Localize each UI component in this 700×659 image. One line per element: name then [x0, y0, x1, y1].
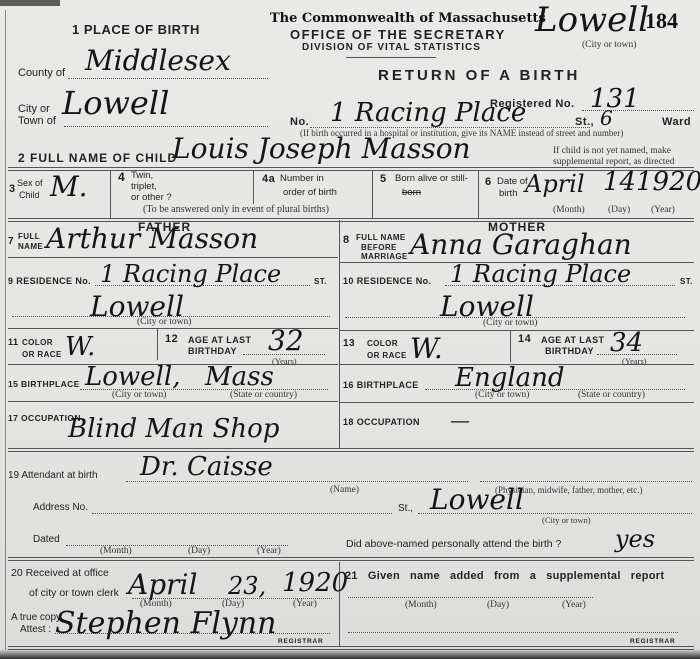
received-year-value: 1920 — [282, 568, 348, 598]
father-age-value: 32 — [268, 324, 304, 357]
birth-certificate: 1 PLACE OF BIRTH The Commonwealth of Mas… — [0, 0, 700, 659]
father-residence-label: 9 RESIDENCE No. — [8, 276, 91, 286]
parents-column-divider — [339, 220, 340, 448]
divider — [110, 170, 111, 218]
born-alive-label: Born alive or still- — [395, 173, 468, 184]
father-birthplace-label: 15 BIRTHPLACE — [8, 379, 80, 389]
received-year-caption: (Year) — [293, 599, 317, 609]
sex-num: 3 — [9, 183, 16, 195]
received-label-2: of city or town clerk — [29, 587, 119, 599]
place-of-birth-heading: 1 PLACE OF BIRTH — [72, 22, 200, 37]
registered-value: 131 — [590, 84, 640, 114]
dated-month-caption: (Month) — [100, 546, 132, 556]
mother-color-value: W. — [410, 332, 443, 365]
mother-age-label-1: AGE AT LAST — [541, 335, 604, 345]
city-label-2: Town of — [18, 115, 56, 127]
mother-name-value: Anna Garaghan — [410, 228, 632, 261]
city-label-1: City or — [18, 103, 50, 115]
father-occupation-value: Blind Man Shop — [68, 414, 279, 444]
county-line — [68, 78, 268, 79]
city-value: Lowell — [62, 84, 169, 122]
month-caption: (Month) — [553, 205, 585, 215]
attend-value: yes — [615, 525, 655, 553]
father-birthplace-state-value: Mass — [205, 362, 274, 392]
received-label-1: 20 Received at office — [11, 567, 109, 579]
header-city-value: Lowell — [535, 0, 649, 40]
form-title: RETURN OF A BIRTH — [378, 67, 580, 84]
row-divider — [8, 257, 338, 258]
dob-year-value: 1920 — [636, 167, 700, 197]
attend-question: Did above-named personally attend the bi… — [346, 538, 561, 550]
born-alive-num: 5 — [380, 173, 387, 185]
supplemental-day-caption: (Day) — [487, 600, 509, 610]
county-value: Middlesex — [85, 44, 231, 77]
father-age-label-2: BIRTHDAY — [188, 346, 237, 356]
mother-bp-city-caption: (City or town) — [475, 390, 529, 400]
dob-label-1: Date of — [497, 176, 528, 187]
mother-birthplace-label: 16 BIRTHPLACE — [343, 380, 419, 390]
attendant-address-line — [92, 513, 392, 514]
supplemental-registrar-line — [348, 632, 678, 633]
attendant-type-line — [480, 481, 692, 482]
commonwealth-title: The Commonwealth of Massachusetts — [270, 11, 546, 26]
mother-age-label-2: BIRTHDAY — [545, 346, 594, 356]
mother-residence-label: 10 RESIDENCE No. — [343, 276, 431, 286]
attendant-label: 19 Attendant at birth — [8, 470, 98, 481]
mother-age-value: 34 — [610, 328, 643, 358]
year-caption: (Year) — [651, 205, 675, 215]
mother-name-label-3: MARRIAGE — [361, 252, 408, 261]
father-bp-city-caption: (City or town) — [112, 390, 166, 400]
attendant-city-value: Lowell — [430, 483, 524, 516]
mother-city-caption: (City or town) — [483, 318, 537, 328]
father-color-label-1: COLOR — [22, 338, 53, 347]
dob-month-value: April — [525, 170, 585, 198]
father-name-label-1: FULL — [18, 232, 40, 241]
father-age-label-1: AGE AT LAST — [188, 335, 251, 345]
received-month-value: April — [128, 568, 197, 601]
county-label: County of — [18, 67, 65, 79]
mother-name-label-1: FULL NAME — [356, 233, 406, 242]
plural-note: (To be answered only in event of plural … — [143, 204, 329, 215]
city-line — [64, 126, 268, 127]
mother-birthplace-value: England — [455, 363, 565, 393]
child-name-value: Louis Joseph Masson — [172, 132, 471, 165]
page-number: 184 — [645, 8, 678, 34]
father-bp-state-caption: (State or country) — [230, 390, 297, 400]
ward-value: 6 — [600, 106, 613, 130]
order-label-2: order of birth — [283, 187, 337, 198]
attendant-city-caption: (City or town) — [542, 515, 591, 525]
row-divider — [8, 401, 338, 402]
father-color-value: W. — [65, 332, 95, 362]
supplemental-registrar-caption: REGISTRAR — [630, 638, 675, 645]
dated-day-caption: (Day) — [188, 546, 210, 556]
attest-label: Attest : — [20, 624, 51, 635]
attendant-name-value: Dr. Caisse — [140, 452, 273, 482]
mother-occupation-label: 18 OCCUPATION — [343, 417, 420, 427]
street-no-label: No. — [290, 116, 309, 128]
father-name-value: Arthur Masson — [46, 222, 258, 255]
dob-label-2: birth — [499, 188, 517, 199]
divider — [372, 170, 373, 218]
supplemental-label: 21 Given name added from a supplemental … — [345, 570, 664, 582]
sex-label-1: Sex of — [17, 178, 43, 188]
header-city-caption: (City or town) — [582, 40, 636, 50]
mother-occupation-value: — — [450, 408, 470, 432]
twin-label-3: or other ? — [131, 192, 172, 203]
father-name-num: 7 — [8, 236, 14, 247]
twin-label-2: triplet, — [131, 181, 157, 192]
received-day-value: 23, — [228, 572, 266, 600]
supplemental-month-caption: (Month) — [405, 600, 437, 610]
supplemental-date-line — [348, 597, 593, 598]
office-title: OFFICE OF THE SECRETARY — [290, 27, 506, 42]
section-divider — [8, 448, 694, 452]
order-num: 4a — [262, 173, 275, 185]
section-divider — [8, 557, 694, 561]
mother-age-num: 14 — [518, 333, 531, 345]
mother-color-label-2: OR RACE — [367, 351, 407, 360]
mother-st-label: ST. — [680, 277, 693, 286]
attendant-dated-label: Dated — [33, 534, 60, 545]
twin-num: 4 — [118, 170, 125, 184]
attendant-st-label: St., — [398, 503, 413, 514]
row-divider — [340, 402, 694, 403]
father-name-label-2: NAME — [18, 242, 43, 251]
ward-label: Ward — [662, 116, 691, 128]
street-st-label: St., — [575, 116, 594, 128]
mother-color-num: 13 — [343, 338, 355, 349]
divider — [510, 330, 511, 362]
day-caption: (Day) — [608, 205, 630, 215]
sex-value: M. — [50, 170, 88, 203]
divider — [253, 170, 254, 204]
divider — [157, 328, 158, 360]
twin-label-1: Twin, — [131, 170, 153, 181]
mother-bp-state-caption: (State or country) — [578, 390, 645, 400]
attendant-address-label: Address No. — [33, 502, 88, 513]
scan-edge-shadow — [0, 0, 60, 6]
mother-name-num: 8 — [343, 234, 350, 246]
dob-num: 6 — [485, 176, 492, 188]
father-st-label: ST. — [314, 277, 327, 286]
not-named-note-1: If child is not yet named, make — [553, 146, 671, 156]
mother-color-label-1: COLOR — [367, 339, 398, 348]
father-color-num: 11 — [8, 337, 19, 347]
father-color-label-2: OR RACE — [22, 350, 62, 359]
mother-residence-value: 1 Racing Place — [450, 260, 631, 288]
attendant-name-caption: (Name) — [330, 485, 359, 495]
dated-year-caption: (Year) — [257, 546, 281, 556]
divider — [478, 170, 479, 218]
dob-day-value: 14 — [603, 167, 636, 197]
mother-name-label-2: BEFORE — [361, 243, 397, 252]
header-ornament-rule — [346, 57, 436, 58]
supplemental-year-caption: (Year) — [562, 600, 586, 610]
registrar-caption: REGISTRAR — [278, 638, 323, 645]
father-birthplace-city-value: Lowell, — [85, 362, 180, 392]
street-value: 1 Racing Place — [330, 98, 526, 128]
sex-label-2: Child — [19, 190, 40, 200]
still-born-label: born — [402, 187, 421, 198]
true-copy-label: A true copy — [11, 612, 61, 623]
father-age-num: 12 — [165, 333, 178, 345]
not-named-note-2: supplemental report, as directed — [553, 157, 674, 167]
order-label-1: Number in — [280, 173, 324, 184]
father-city-caption: (City or town) — [137, 317, 191, 327]
scan-edge-shadow-bottom — [0, 649, 700, 659]
father-residence-value: 1 Racing Place — [100, 260, 281, 288]
registrar-signature: Stephen Flynn — [55, 606, 277, 641]
child-name-label: 2 FULL NAME OF CHILD — [18, 151, 177, 165]
left-margin-rule — [5, 10, 6, 650]
division-title: DIVISION OF VITAL STATISTICS — [302, 42, 481, 53]
